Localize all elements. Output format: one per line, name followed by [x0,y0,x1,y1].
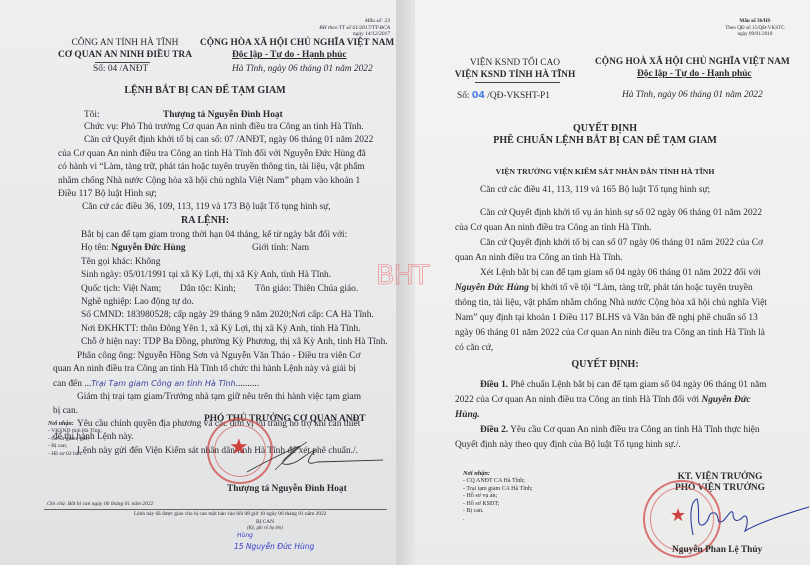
issuer-label: Tôi: [84,110,100,120]
article-line: Điều 2. Yêu cầu Cơ quan An ninh điều tra… [455,423,800,438]
recipient-item: - Bị can. [463,508,533,516]
document-date: Hà Tĩnh, ngày 06 tháng 01 năm 2022 [232,64,373,74]
deliver-to-label: can đến ... [53,379,91,389]
number-handwritten: 04 [472,90,485,101]
basis-line: của Cơ quan An ninh điều tra Công an tỉn… [455,221,795,236]
suspect-current-address: Chỗ ở hiện nay: TDP Ba Đồng, phường Kỳ P… [81,336,391,349]
agency-parent: VIỆN KSND TỐI CAO [445,58,585,68]
signer-name: Thượng tá Nguyễn Đình Hoạt [227,484,347,494]
order-heading: RA LỆNH: [60,215,350,226]
order-intro: Bắt bị can để tạm giam trong thời hạn 04… [81,229,391,242]
body-text: Chức vụ: Phó Thủ trưởng Cơ quan An ninh … [58,121,388,215]
basis-line: quan An ninh điều tra Công an tỉnh Hà Tĩ… [455,251,795,266]
document-number: Số: 04 /QĐ-VKSHT-P1 [457,90,550,101]
suspect-nationality: Quốc tịch: Việt Nam; [81,284,161,294]
assignment-line: quan An ninh điều tra Công an tỉnh Hà Tĩ… [53,363,393,376]
agency-name: VIỆN KSND TỈNH HÀ TĨNH [440,70,590,80]
agency-parent: CÔNG AN TỈNH HÀ TĨNH [55,38,195,48]
body-line: Căn cứ Quyết định khởi tố bị can số: 07 … [58,134,388,147]
document-title: LỆNH BẮT BỊ CAN ĐỂ TẠM GIAM [60,85,350,96]
suspect-sign-hint: (Ký, ghi rõ họ tên) [230,526,300,531]
article-1: Điều 1. Phê chuẩn Lệnh bắt bị can để tạm… [455,378,800,423]
nation-title: CỘNG HOÀ XÃ HỘI CHỦ NGHĨA VIỆT NAM [595,57,790,67]
closing-line: Giám thị trại tạm giam/Trưởng nhà tạm gi… [53,391,393,404]
delivery-note: Lệnh này đã được giao cho bị can một bản… [134,511,326,517]
recipients-block: Nơi nhận: - CQ ANĐT CA Hà Tĩnh; - Trại t… [463,470,533,524]
article-2: Điều 2. Yêu cầu Cơ quan An ninh điều tra… [455,423,800,453]
recipient-item: - VKSND tỉnh Hà Tĩnh; [48,428,102,436]
consider-line: Nguyễn Đức Hùng bị khởi tố về tội “Làm, … [455,281,800,296]
form-note: Mẫu số: 23 BH theo TT số 61/2017/TT-BCA … [330,18,390,38]
document-subtitle: PHÊ CHUẨN LỆNH BẮT BỊ CAN ĐỂ TẠM GIAM [455,135,755,146]
basis-3: Căn cứ Quyết định khởi tố bị can số 07 n… [455,236,795,266]
article-line: Điều 1. Phê chuẩn Lệnh bắt bị can để tạm… [455,378,800,393]
suspect-signature-name: 15 Nguyễn Đức Hùng [234,542,314,551]
suspect-name-row: Họ tên: Nguyễn Đức Hùng Giới tính: Nam [81,242,391,255]
suspect-religion: Tôn giáo: Thiên Chúa giáo. [255,283,358,296]
suspect-signature: Hùng [237,532,253,539]
signature-icon [245,440,385,480]
body-line: có hành vi “Làm, tàng trữ, phát tán hoặc… [58,161,388,174]
article-line: Quyết định này theo quy định của Bộ luật… [455,438,800,453]
suspect-alias: Tên gọi khác: Không [81,256,391,269]
signature-icon [685,495,810,545]
basis-1: Căn cứ các điều 41, 113, 119 và 165 Bộ l… [480,185,710,195]
article-label: Điều 2. [480,425,508,435]
note-divider [44,509,387,510]
deliver-to-row: can đến ...Trại Tạm giam Công an tỉnh Hà… [53,377,393,391]
suspect-details: Bắt bị can để tạm giam trong thời hạn 04… [81,229,391,350]
recipient-item: - CQ ANĐT CA Hà Tĩnh; [463,478,533,486]
suspect-birth: Sinh ngày: 05/01/1991 tại xã Kỳ Lợi, thị… [81,269,391,282]
number-prefix: Số: [457,91,470,101]
suspect-name: Nguyễn Đức Hùng [111,243,185,253]
body-line: của Cơ quan An ninh điều tra Công an tỉn… [58,148,388,161]
recipient-item: - Hồ sơ vụ án; [463,493,533,501]
suspect-name-cont: Hùng. [455,408,800,423]
consider-text: bị khởi tố về tội “Làm, tàng trữ, phát t… [529,283,753,293]
decision-heading: QUYẾT ĐỊNH: [455,359,755,370]
number-suffix: /QĐ-VKSHT-P1 [487,91,550,101]
issuer-name: Thượng tá Nguyễn Đình Hoạt [163,110,283,120]
suspect-occupation: Nghề nghiệp: Lao động tự do. [81,296,391,309]
agency-underline [95,62,150,63]
name-label: Họ tên: [81,243,109,253]
assignment-line: Phân công ông: Nguyễn Hồng Sơn và Nguyễn… [53,350,393,363]
nation-motto: Độc lập - Tự do - Hạnh phúc [232,50,347,60]
suspect-registered-address: Nơi ĐKHKTT: thôn Đông Yên 1, xã Kỳ Lợi, … [81,323,391,336]
agency-underline [475,82,560,83]
recipient-item: - Bị can; [48,443,102,451]
signer-name: Nguyễn Phan Lệ Thúy [672,545,762,555]
suspect-name: Nguyễn Đức Hùng [455,283,529,293]
consider-line: Nam” quy định tại khoản 1 Điều 117 BLHS … [455,311,800,326]
consideration: Xét Lệnh bắt bị can để tạm giam số 04 ng… [455,266,800,356]
approval-decision-document: Mẫu số 36/HS Theo QĐ số 15/QĐ-VKSTC ngày… [415,0,810,565]
consider-line: Xét Lệnh bắt bị can để tạm giam số 04 ng… [455,266,800,281]
form-note-line: ngày 14/12/2017 [330,31,390,38]
consider-line: có căn cứ, [455,341,800,356]
recipient-item: - Cơ sở giam, giữ; [48,436,102,444]
body-line: nhằm chống Nhà nước Cộng hòa xã hội chủ … [58,175,388,188]
arrest-note: Ghi chú: Bắt bị can ngày 06 tháng 01 năm… [47,501,153,507]
nation-motto: Độc lập - Tự do - Hạnh phúc [637,69,752,79]
article-label: Điều 1. [480,380,508,390]
suspect-name: Nguyễn Đức [701,395,750,405]
deliver-to-handwritten: Trại Tạm giam Công an tỉnh Hà Tĩnh [91,379,235,388]
recipient-item: - Hồ sơ KSĐT; [463,501,533,509]
recipient-item: - Hồ sơ 02 bản. [48,451,102,459]
form-note: Mẫu số 36/HS Theo QĐ số 15/QĐ-VKSTC ngày… [705,18,805,38]
suspect-origin-row: Quốc tịch: Việt Nam; Dân tộc: Kinh; Tôn … [81,283,391,296]
bht-watermark-logo: BHT [376,260,428,291]
form-note-line: ngày 09/01/2018 [705,31,805,38]
nation-title: CỘNG HÒA XÃ HỘI CHỦ NGHĨA VIỆT NAM [200,38,394,48]
document-number: Số: 04 /ANĐT [93,64,148,74]
basis-line: Căn cứ Quyết định khởi tố bị can số 07 n… [455,236,795,251]
basis-2: Căn cứ Quyết định khởi tố vụ án hình sự … [455,206,795,236]
body-line: Điều 117 Bộ luật Hình sự; [58,188,388,201]
article-text: 2022 của Cơ quan An ninh điều tra Công a… [455,395,701,405]
consider-line: ngày 06 tháng 01 năm 2022 của Cơ quan An… [455,326,800,341]
deliver-to-dots: .......... [236,379,259,389]
recipients-label: Nơi nhận: [463,470,533,478]
watermark-text: BHT [376,260,428,291]
agency-name: CƠ QUAN AN NINH ĐIỀU TRA [52,50,198,60]
consider-line: thông tin, tài liệu, vật phẩm nhằm chống… [455,296,800,311]
document-date: Hà Tĩnh, ngày 06 tháng 01 năm 2022 [622,90,763,100]
arrest-warrant-document: Mẫu số: 23 BH theo TT số 61/2017/TT-BCA … [0,0,396,565]
suspect-label: BỊ CAN [230,519,300,525]
body-line: Chức vụ: Phó Thủ trưởng Cơ quan An ninh … [58,121,388,134]
suspect-id-card: Số CMND: 183980528; cấp ngày 29 tháng 9 … [81,309,391,322]
suspect-ethnicity: Dân tộc: Kinh; [180,283,236,296]
recipient-item: . [463,516,533,524]
recipients-label: Nơi nhận: [48,420,102,428]
article-text: Yêu cầu Cơ quan An ninh điều tra Công an… [508,425,759,435]
recipients-block: Nơi nhận: - VKSND tỉnh Hà Tĩnh; - Cơ sở … [48,420,102,458]
seal-star-icon: ★ [670,505,686,526]
suspect-gender: Giới tính: Nam [252,242,309,255]
authority: VIỆN TRƯỞNG VIỆN KIỂM SÁT NHÂN DÂN TỈNH … [455,167,755,176]
basis-line: Căn cứ Quyết định khởi tố vụ án hình sự … [455,206,795,221]
article-line: 2022 của Cơ quan An ninh điều tra Công a… [455,393,800,408]
body-line: Căn cứ các điều 36, 109, 113, 119 và 173… [58,201,388,214]
document-title: QUYẾT ĐỊNH [455,123,755,134]
article-text: Phê chuẩn Lệnh bắt bị can để tạm giam số… [508,380,766,390]
